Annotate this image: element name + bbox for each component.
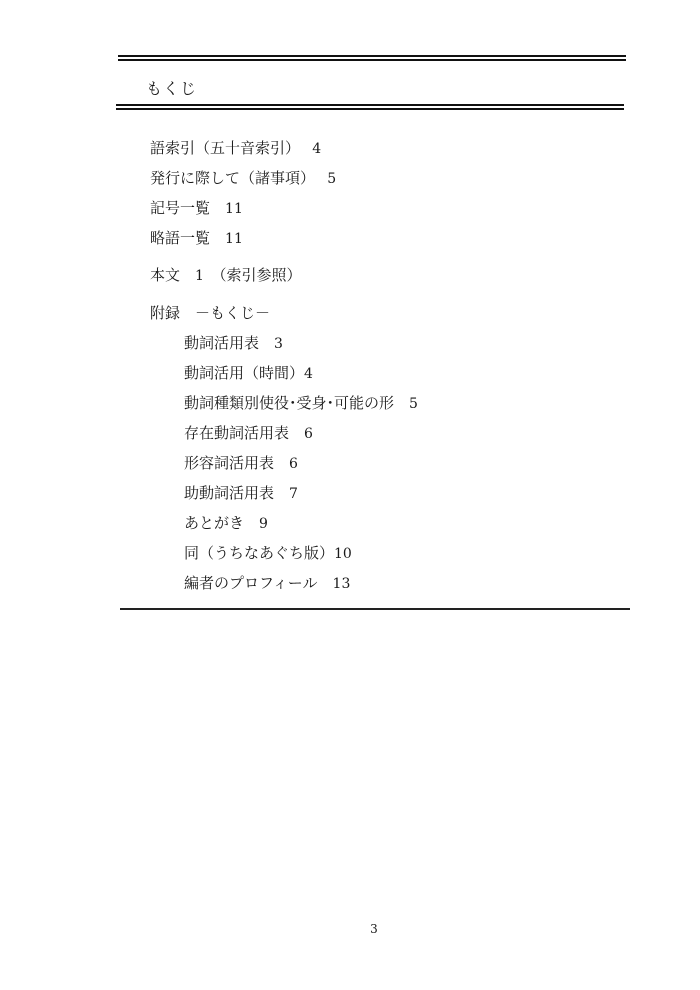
toc-entry-main-text: 本文 1 （索引参照） [150, 266, 301, 285]
toc-entry-label: 本文 [150, 266, 180, 284]
toc-entry-appendix: 附録 －もくじ－ [150, 304, 270, 322]
appendix-suffix: －もくじ－ [180, 304, 270, 322]
toc-entry-label: 語索引（五十音索引） [150, 139, 293, 157]
title-double-rule [116, 104, 624, 110]
toc-entry-label: 編者のプロフィール [184, 574, 318, 592]
gap [308, 169, 328, 187]
page-number: 3 [0, 922, 700, 936]
toc-entry-page: 6 [289, 456, 298, 472]
toc-entry-label: 助動詞活用表 [184, 484, 274, 502]
toc-entry-page: 1 [195, 268, 204, 284]
gap [274, 484, 289, 502]
appendix-item: 動詞活用（時間）4 [184, 364, 313, 383]
toc-entry-page: 11 [225, 231, 243, 247]
toc-entry-abbreviations: 略語一覧 11 [150, 229, 243, 248]
toc-entry-label: 存在動詞活用表 [184, 424, 289, 442]
toc-entry-note: （索引参照） [204, 266, 302, 284]
gap [318, 574, 333, 592]
toc-entry-label: 附録 [150, 304, 180, 322]
gap [394, 394, 409, 412]
toc-entry-symbols: 記号一覧 11 [150, 199, 243, 218]
toc-entry-page: 3 [274, 336, 283, 352]
appendix-item: 同（うちなあぐち版）10 [184, 544, 352, 563]
appendix-item: あとがき 9 [184, 514, 268, 533]
toc-entry-preface: 発行に際して（諸事項） 5 [150, 169, 336, 188]
appendix-item: 存在動詞活用表 6 [184, 424, 313, 443]
toc-entry-index: 語索引（五十音索引） 4 [150, 139, 321, 158]
appendix-item: 助動詞活用表 7 [184, 484, 298, 503]
toc-entry-label: あとがき [184, 514, 244, 532]
toc-entry-page: 11 [225, 201, 243, 217]
appendix-item: 動詞種類別使役･受身･可能の形 5 [184, 394, 418, 413]
toc-entry-page: 4 [312, 141, 321, 157]
top-double-rule [118, 55, 626, 61]
toc-entry-label: 同（うちなあぐち版） [184, 544, 334, 562]
toc-entry-label: 発行に際して（諸事項） [150, 169, 308, 187]
appendix-item: 形容詞活用表 6 [184, 454, 298, 473]
toc-entry-label: 略語一覧 [150, 229, 210, 247]
gap [210, 229, 225, 247]
toc-entry-label: 形容詞活用表 [184, 454, 274, 472]
gap [289, 424, 304, 442]
toc-entry-page: 10 [334, 546, 352, 562]
gap [244, 514, 259, 532]
appendix-item: 編者のプロフィール 13 [184, 574, 350, 593]
gap [210, 199, 225, 217]
gap [293, 139, 313, 157]
gap [274, 454, 289, 472]
toc-entry-label: 動詞活用（時間） [184, 364, 304, 382]
toc-entry-label: 動詞活用表 [184, 334, 259, 352]
appendix-item: 動詞活用表 3 [184, 334, 283, 353]
toc-entry-label: 記号一覧 [150, 199, 210, 217]
bottom-rule [120, 608, 630, 610]
toc-entry-page: 9 [259, 516, 268, 532]
gap [180, 266, 195, 284]
toc-entry-page: 5 [327, 171, 336, 187]
toc-entry-page: 6 [304, 426, 313, 442]
toc-entry-page: 5 [409, 396, 418, 412]
toc-entry-page: 13 [333, 576, 351, 592]
toc-entry-page: 4 [304, 366, 313, 382]
gap [259, 334, 274, 352]
page-title: もくじ [146, 76, 197, 99]
toc-entry-page: 7 [289, 486, 298, 502]
toc-entry-label: 動詞種類別使役･受身･可能の形 [184, 394, 394, 412]
